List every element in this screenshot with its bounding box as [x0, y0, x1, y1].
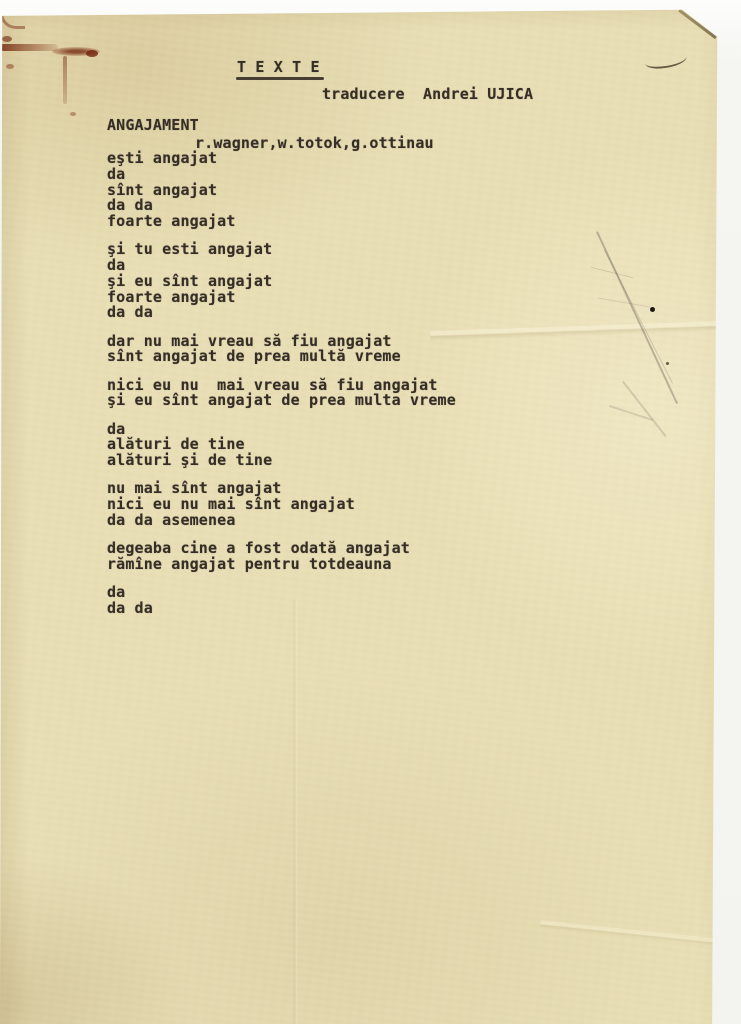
- ink-speck: [666, 362, 669, 365]
- red-ink-drip: [63, 56, 67, 104]
- stanza: degeaba cine a fost odată angajatrămîne …: [107, 541, 456, 573]
- vertical-crease: [292, 600, 298, 1024]
- poem-line: şi tu esti angajat: [107, 242, 456, 258]
- paper-sheet: T E X T E traducere Andrei UJICA ANGAJAM…: [0, 0, 741, 1024]
- poem-stanzas: eşti angajatdasînt angajatda dafoarte an…: [107, 151, 456, 629]
- poem-line: sînt angajat: [107, 183, 456, 199]
- poem-line: sînt angajat de prea multă vreme: [107, 349, 456, 365]
- stanza: eşti angajatdasînt angajatda dafoarte an…: [107, 151, 456, 230]
- document-title: T E X T E: [237, 58, 320, 76]
- poem-line: şi eu sînt angajat de prea multa vreme: [107, 393, 456, 409]
- poem-authors: r.wagner,w.totok,g.ottinau: [195, 134, 434, 152]
- translation-byline: traducere Andrei UJICA: [322, 85, 533, 103]
- poem-line: da da: [107, 601, 456, 617]
- poem-line: foarte angajat: [107, 290, 456, 306]
- poem-title: ANGAJAMENT: [107, 116, 199, 134]
- poem-line: alături şi de tine: [107, 453, 456, 469]
- stanza: dada da: [107, 585, 456, 617]
- red-ink-speck: [6, 64, 14, 69]
- title-underline: [236, 77, 324, 80]
- red-ink-stain: [86, 50, 98, 57]
- poem-line: da: [107, 585, 456, 601]
- ink-dot: [650, 307, 655, 312]
- red-ink-speck: [2, 36, 12, 42]
- stanza: dar nu mai vreau să fiu angajatsînt anga…: [107, 334, 456, 366]
- pencil-scribble: [588, 232, 698, 428]
- poem-line: da da asemenea: [107, 513, 456, 529]
- stanza: nici eu nu mai vreau să fiu angajatşi eu…: [107, 378, 456, 410]
- red-ink-speck: [70, 112, 76, 116]
- poem-line: rămîne angajat pentru totdeauna: [107, 557, 456, 573]
- poem-line: da da: [107, 305, 456, 321]
- red-ink-stain: [0, 44, 58, 51]
- poem-line: eşti angajat: [107, 151, 456, 167]
- stanza: nu mai sînt angajatnici eu nu mai sînt a…: [107, 481, 456, 528]
- poem-line: foarte angajat: [107, 214, 456, 230]
- stanza: şi tu esti angajatdaşi eu sînt angajatfo…: [107, 242, 456, 321]
- stanza: daalături de tinealături şi de tine: [107, 422, 456, 469]
